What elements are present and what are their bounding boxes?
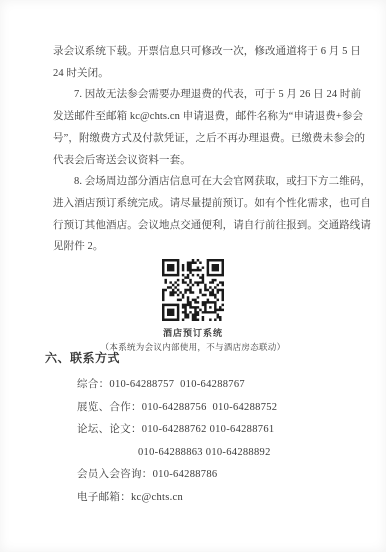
contact-list: 综合：010-64288757 010-64288767展览、合作：010-64…: [53, 374, 353, 510]
document-page: 录会议系统下载。开票信息只可修改一次，修改通道将于 6 月 5 日24 时关闭。…: [0, 0, 386, 552]
body-text-line: 7. 因故无法参会需要办理退费的代表，可于 5 月 26 日 24 时前: [53, 84, 345, 106]
body-text-line: 见附件 2。: [53, 236, 345, 258]
qr-caption: 酒店预订系统: [0, 327, 386, 340]
contact-section-title: 六、联系方式: [45, 350, 120, 366]
contact-line: 010-64288863 010-64288892: [53, 442, 353, 465]
body-paragraphs: 录会议系统下载。开票信息只可修改一次，修改通道将于 6 月 5 日24 时关闭。…: [53, 41, 345, 258]
body-text-line: 发送邮件至邮箱 kc@chts.cn 申请退费，邮件名称为“申请退费+参会: [53, 106, 345, 128]
contact-line: 综合：010-64288757 010-64288767: [53, 374, 353, 397]
contact-line: 展览、合作：010-64288756 010-64288752: [53, 397, 353, 420]
body-text-line: 进入酒店预订系统完成。请尽量提前预订。如有个性化需求，也可自: [53, 193, 345, 215]
hotel-booking-qr-block: 酒店预订系统 （本系统为会议内部使用，不与酒店房态联动）: [0, 259, 386, 354]
contact-line: 会员入会咨询：010-64288786: [53, 464, 353, 487]
qr-code-icon: [162, 259, 224, 321]
body-text-line: 录会议系统下载。开票信息只可修改一次，修改通道将于 6 月 5 日: [53, 41, 345, 63]
body-text-line: 代表会后寄送会议资料一套。: [53, 150, 345, 172]
body-text-line: 8. 会场周边部分酒店信息可在大会官网获取，或扫下方二维码，: [53, 171, 345, 193]
body-text-line: 号”，附缴费方式及付款凭证，之后不再办理退费。已缴费未参会的: [53, 128, 345, 150]
contact-line: 论坛、论文：010-64288762 010-64288761: [53, 419, 353, 442]
contact-line: 电子邮箱：kc@chts.cn: [53, 487, 353, 510]
body-text-line: 行预订其他酒店。会议地点交通便利，请自行前往报到。交通路线请: [53, 215, 345, 237]
body-text-line: 24 时关闭。: [53, 63, 345, 85]
